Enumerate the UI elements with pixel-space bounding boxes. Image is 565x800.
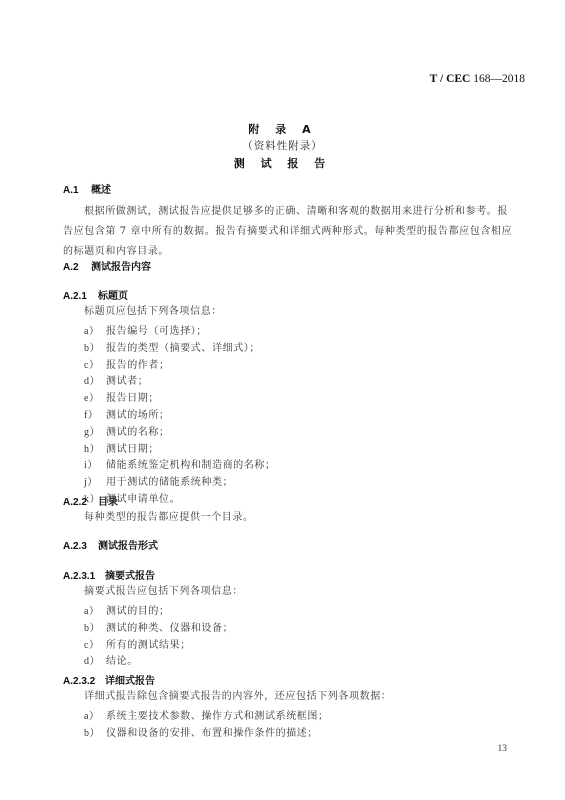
list-item: c）报告的作者； [84,356,170,371]
list-text: 报告日期； [106,393,159,404]
heading-a23: A.2.3测试报告形式 [63,537,158,552]
heading-a22: A.2.2目录 [63,493,118,508]
list-marker: c） [84,356,106,371]
list-marker: c） [84,636,106,651]
list-marker: a） [84,602,106,617]
appendix-type: （资料性附录） [0,138,565,153]
list-item: g）测试的名称； [84,423,170,438]
list-marker: i） [84,456,106,471]
list-text: 储能系统鉴定机构和制造商的名称； [106,460,276,471]
list-text: 报告的类型（摘要式、详细式）； [106,343,260,354]
paragraph-a22: 每种类型的报告都应提供一个目录。 [63,511,518,525]
appendix-subject: 测 试 报 告 [0,155,565,171]
list-marker: d） [84,652,106,667]
list-item: b）报告的类型（摘要式、详细式）； [84,339,260,354]
intro-a231: 摘要式报告应包括下列各项信息： [63,585,518,599]
list-item: e）报告日期； [84,389,159,404]
list-item: i）储能系统鉴定机构和制造商的名称； [84,456,276,471]
heading-a2: A.2测试报告内容 [63,258,151,273]
intro-a232: 详细式报告除包含摘要式报告的内容外，还应包括下列各项数据： [63,690,518,704]
list-text: 系统主要技术参数、操作方式和测试系统框图； [106,711,329,722]
list-item: d）结论。 [84,652,138,667]
list-text: 仪器和设备的安排、布置和操作条件的描述； [106,728,318,739]
list-marker: j） [84,473,106,488]
paragraph-a1: 根据所做测试，测试报告应提供足够多的正确、清晰和客观的数据用来进行分析和参考。报… [63,202,518,262]
list-item: f）测试的场所； [84,406,170,421]
standard-number: 168—2018 [473,73,525,85]
list-marker: e） [84,389,106,404]
list-marker: h） [84,440,106,455]
list-text: 测试日期； [106,444,159,455]
list-marker: d） [84,372,106,387]
appendix-title: 附 录 A [0,121,565,137]
list-item: h）测试日期； [84,440,159,455]
heading-a1: A.1概述 [63,181,111,196]
list-item: b）仪器和设备的安排、布置和操作条件的描述； [84,724,318,739]
list-item: b）测试的种类、仪器和设备； [84,619,233,634]
list-item: a）报告编号（可选择）； [84,322,207,337]
list-marker: b） [84,619,106,634]
list-marker: a） [84,322,106,337]
list-item: a）测试的目的； [84,602,170,617]
list-marker: b） [84,339,106,354]
standard-code: T / CEC 168—2018 [430,73,525,85]
list-text: 测试的场所； [106,410,170,421]
list-text: 所有的测试结果； [106,640,191,651]
list-marker: a） [84,707,106,722]
list-text: 测试者； [106,376,148,387]
list-marker: f） [84,406,106,421]
list-marker: g） [84,423,106,438]
heading-a21: A.2.1标题页 [63,287,128,302]
intro-a21: 标题页应包括下列各项信息： [63,305,518,319]
list-item: j）用于测试的储能系统种类； [84,473,233,488]
list-text: 结论。 [106,656,138,667]
heading-a232: A.2.3.2详细式报告 [63,672,155,687]
list-text: 测试的名称； [106,427,170,438]
list-marker: b） [84,724,106,739]
heading-a231: A.2.3.1摘要式报告 [63,567,155,582]
list-item: d）测试者； [84,372,148,387]
list-text: 报告编号（可选择）； [106,326,207,337]
list-text: 测试的种类、仪器和设备； [106,623,233,634]
list-item: c）所有的测试结果； [84,636,191,651]
list-item: a）系统主要技术参数、操作方式和测试系统框图； [84,707,329,722]
page-number: 13 [498,744,508,754]
list-text: 测试的目的； [106,606,170,617]
standard-prefix: T / CEC [430,73,471,85]
list-text: 用于测试的储能系统种类； [106,477,233,488]
list-text: 报告的作者； [106,360,170,371]
